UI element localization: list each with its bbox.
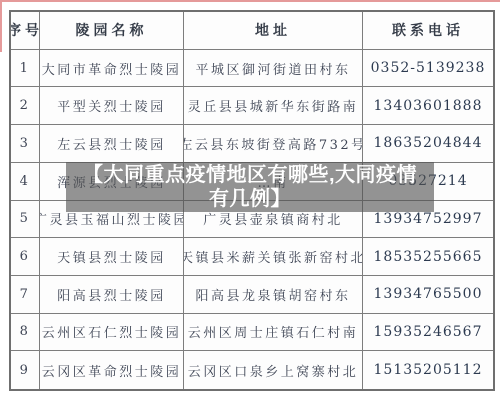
cell-phone: 0352-5139238 <box>363 50 493 88</box>
column-header-address: 地址 <box>184 12 363 50</box>
cell-seq: 3 <box>11 125 40 163</box>
left-edge-accent <box>0 0 2 52</box>
cell-address: 阳高县龙泉镇胡窑村东 <box>184 276 363 314</box>
cell-seq: 8 <box>11 314 40 352</box>
column-header-phone: 联系电话 <box>363 12 493 50</box>
cell-phone: 18535255665 <box>363 238 493 276</box>
cell-name: 天镇县烈士陵园 <box>40 238 184 276</box>
cell-name: 云冈区革命烈士陵园 <box>40 351 184 389</box>
cell-phone: 18635204844 <box>363 125 493 163</box>
cell-name: 平型关烈士陵园 <box>40 87 184 125</box>
cell-address: 灵丘县县城新华东街路南 <box>184 87 363 125</box>
cell-seq: 7 <box>11 276 40 314</box>
cell-seq: 5 <box>11 201 40 239</box>
top-edge-accent <box>0 0 500 2</box>
cell-seq: 1 <box>11 50 40 88</box>
cell-seq: 9 <box>11 351 40 389</box>
cell-phone: 13403601888 <box>363 87 493 125</box>
cell-address: 左云县东坡街登高路732号 <box>184 125 363 163</box>
cell-phone: 15135205112 <box>363 351 493 389</box>
cell-name: 左云县烈士陵园 <box>40 125 184 163</box>
cell-seq: 4 <box>11 163 40 201</box>
cell-address: 云冈区口泉乡上窝寨村北 <box>184 351 363 389</box>
cell-name: 阳高县烈士陵园 <box>40 276 184 314</box>
cell-address: 平城区御河街道田村东 <box>184 50 363 88</box>
page: 序号 陵园名称 地址 联系电话 1 大同市革命烈士陵园 平城区御河街道田村东 0… <box>0 0 500 395</box>
cell-name: 云州区石仁烈士陵园 <box>40 314 184 352</box>
cell-seq: 6 <box>11 238 40 276</box>
column-header-name: 陵园名称 <box>40 12 184 50</box>
watermark-caption-line2: 有几例】 <box>209 187 291 211</box>
watermark-caption-overlay: 【大同重点疫情地区有哪些,大同疫情 有几例】 <box>66 162 434 212</box>
column-header-seq: 序号 <box>11 12 40 50</box>
cell-phone: 15935246567 <box>363 314 493 352</box>
cell-address: 云州区周士庄镇石仁村南 <box>184 314 363 352</box>
cell-phone: 13934765500 <box>363 276 493 314</box>
cell-seq: 2 <box>11 87 40 125</box>
cell-name: 大同市革命烈士陵园 <box>40 50 184 88</box>
cell-address: 天镇县米薪关镇张新窑村北 <box>184 238 363 276</box>
watermark-caption-line1: 【大同重点疫情地区有哪些,大同疫情 <box>83 163 417 187</box>
